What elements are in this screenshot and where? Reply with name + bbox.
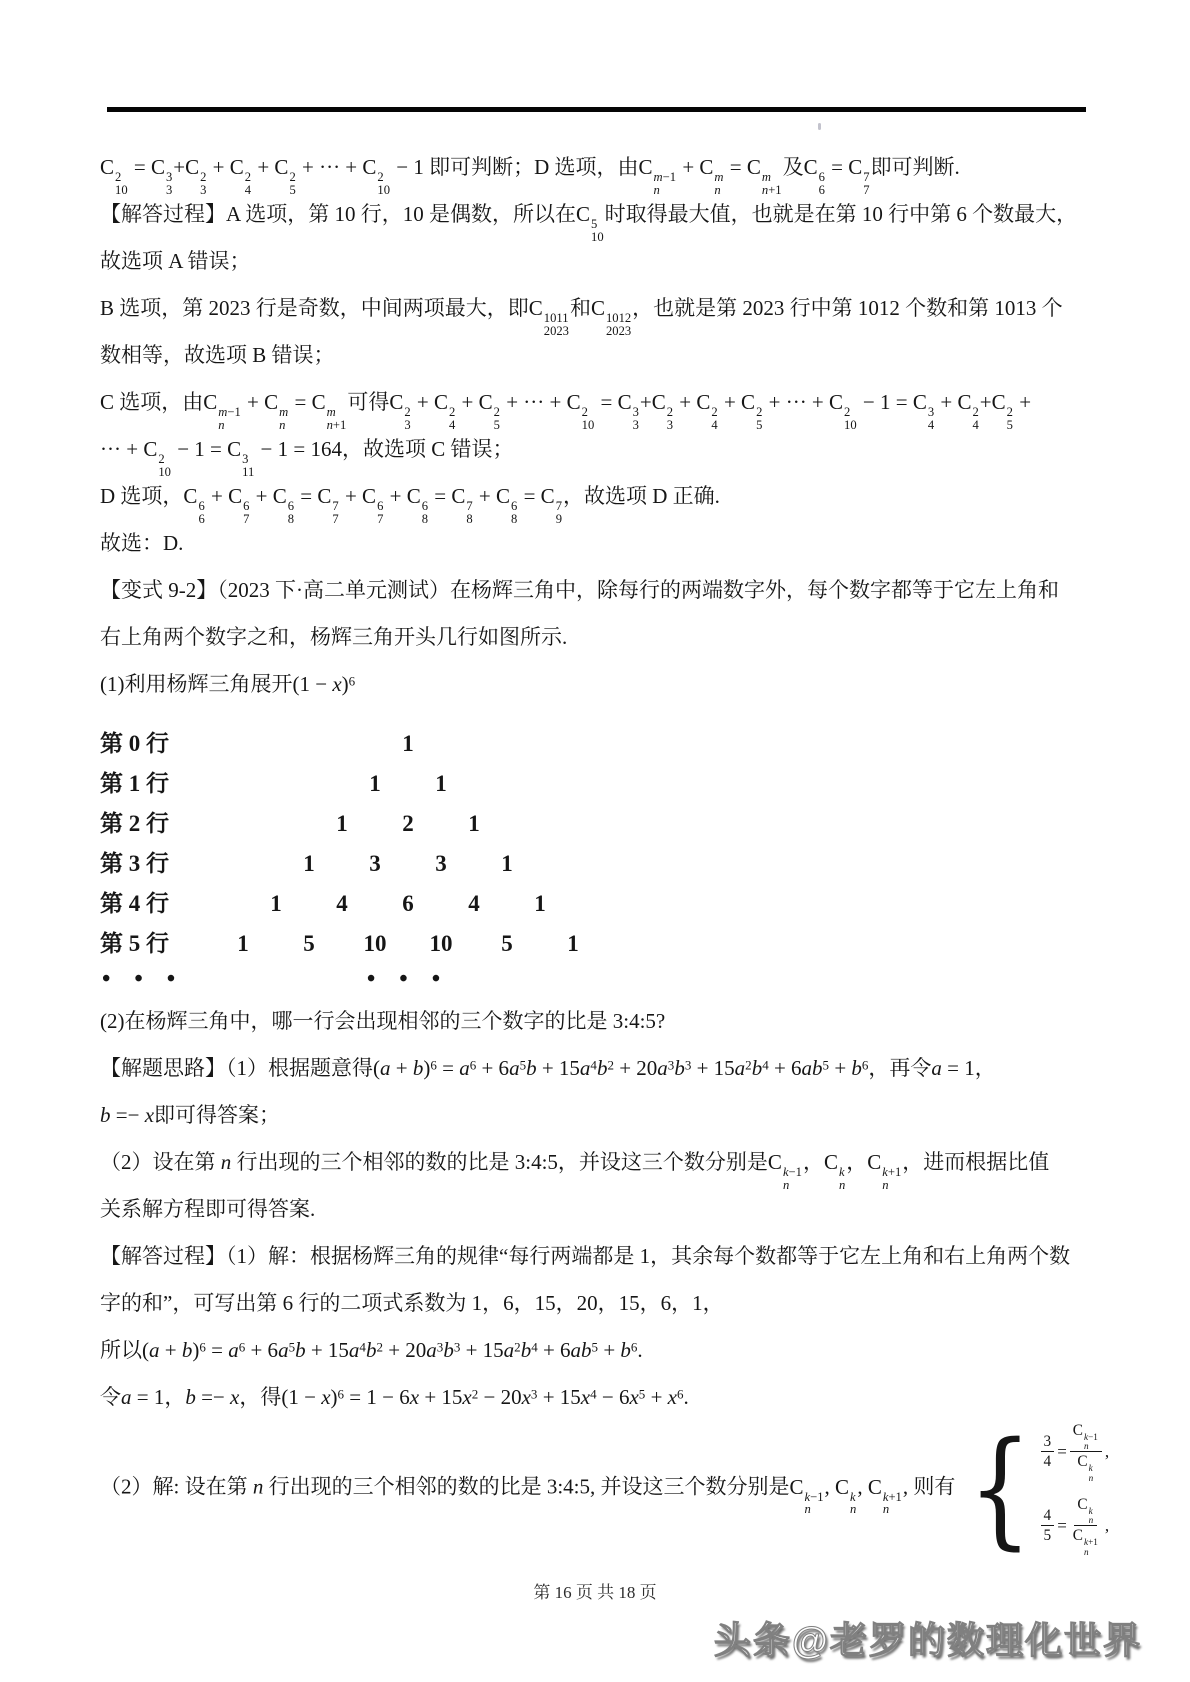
row-numbers: 15101051 — [210, 924, 606, 964]
document-line: (1)利用杨辉三角展开(1 − x)6 — [100, 661, 1092, 708]
math-variable: b — [521, 1338, 532, 1362]
superscript: 4 — [762, 1058, 769, 1073]
superscript: 5 — [823, 1058, 830, 1073]
superscript: 3 — [454, 1340, 461, 1355]
combination-symbol: C210 — [100, 155, 129, 179]
document-line: ··· + C210 − 1 = C311 − 1 = 164，故选项 C 错误… — [100, 426, 1092, 473]
document-line: 数相等，故选项 B 错误； — [100, 332, 1092, 379]
combination-symbol: Ck−1n — [768, 1150, 803, 1174]
document-line: （2）解: 设在第 n 行出现的三个相邻的数的比是 3:4:5, 并设这三个数分… — [100, 1421, 1092, 1545]
math-variable: b — [597, 1056, 608, 1080]
math-variable: n — [221, 1150, 232, 1174]
math-variable: a — [149, 1338, 160, 1362]
combination-symbol: C68 — [496, 484, 518, 508]
document-line: 令a = 1，b =− x，得(1 − x)6 = 1 − 6x + 15x2 … — [100, 1374, 1092, 1421]
math-variable: x — [145, 1103, 154, 1127]
combination-symbol: Ckn — [1077, 1496, 1094, 1513]
math-variable: a — [426, 1338, 437, 1362]
fraction: CknCk+1n — [1070, 1495, 1102, 1557]
combination-symbol: C23 — [389, 390, 411, 414]
superscript: 3 — [685, 1058, 692, 1073]
math-variable: b — [366, 1338, 377, 1362]
combination-symbol: C210 — [362, 155, 391, 179]
triangle-number: 1 — [507, 884, 573, 924]
solution-text-block-top: C210 = C33+C23 + C24 + C25 + ··· + C210 … — [100, 144, 1092, 708]
combination-symbol: Ck−1n — [1073, 1422, 1099, 1439]
page-footer: 第 16 页 共 18 页 — [0, 1578, 1190, 1603]
document-line: D 选项，C66 + C67 + C68 = C77 + C67 + C68 =… — [100, 473, 1092, 520]
combination-symbol: C68 — [407, 484, 429, 508]
math-variable: x — [410, 1385, 419, 1409]
row-label: 第 4 行 — [100, 884, 169, 924]
combination-symbol: Ckn — [824, 1150, 846, 1174]
watermark: 头条@老罗的数理化世界 — [714, 1610, 1142, 1664]
math-variable: b — [100, 1103, 111, 1127]
triangle-number: 6 — [375, 884, 441, 924]
math-variable: a — [580, 1056, 591, 1080]
combination-symbol: C24 — [434, 390, 456, 414]
combination-symbol: Ck+1n — [868, 1475, 903, 1499]
combination-symbol: Cmn — [264, 390, 289, 414]
combination-symbol: C25 — [274, 155, 296, 179]
superscript: 2 — [472, 1387, 479, 1402]
row-label: 第 5 行 — [100, 924, 169, 964]
document-line: 所以(a + b)6 = a6 + 6a5b + 15a4b2 + 20a3b3… — [100, 1327, 1092, 1374]
triangle-number: 1 — [375, 724, 441, 764]
triangle-number: 4 — [309, 884, 375, 924]
triangle-number: 5 — [474, 924, 540, 964]
math-variable: b — [413, 1056, 424, 1080]
math-variable: x — [522, 1385, 531, 1409]
combination-symbol: C34 — [913, 390, 935, 414]
combination-symbol: C25 — [479, 390, 501, 414]
combination-symbol: C67 — [228, 484, 250, 508]
combination-symbol: C78 — [451, 484, 473, 508]
superscript: 6 — [239, 1340, 246, 1355]
combination-symbol: Cmn — [699, 155, 724, 179]
system-equation: 45 = CknCk+1n, — [1041, 1495, 1110, 1557]
document-line: C210 = C33+C23 + C24 + C25 + ··· + C210 … — [100, 144, 1092, 191]
superscript: 6 — [631, 1340, 638, 1355]
superscript: 4 — [531, 1340, 538, 1355]
document-line: (2)在杨辉三角中，哪一行会出现相邻的三个数字的比是 3:4:5? — [100, 998, 1092, 1045]
document-line: 【解答过程】A 选项，第 10 行，10 是偶数，所以在C510时取得最大值，也… — [100, 191, 1092, 238]
triangle-number: 1 — [441, 804, 507, 844]
math-variable: b — [443, 1338, 454, 1362]
superscript: 4 — [590, 1387, 597, 1402]
triangle-row: 第 5 行15101051 — [100, 924, 1092, 964]
document-line: 【解题思路】（1）根据题意得(a + b)6 = a6 + 6a5b + 15a… — [100, 1045, 1092, 1092]
document-line: 右上角两个数字之和，杨辉三角开头几行如图所示. — [100, 614, 1092, 661]
combination-symbol: C311 — [227, 437, 255, 461]
math-variable: x — [321, 1385, 330, 1409]
combination-symbol: C510 — [576, 202, 605, 226]
ellipsis-dots: • • • — [367, 964, 449, 994]
superscript: 3 — [531, 1387, 538, 1402]
triangle-ellipsis-row: • • •• • • — [100, 964, 1092, 998]
superscript: 6 — [349, 674, 356, 689]
document-line: B 选项，第 2023 行是奇数，中间两项最大，即C10112023和C1012… — [100, 285, 1092, 332]
document-line: 字的和”，可写出第 6 行的二项式系数为 1，6，15，20，15，6，1， — [100, 1280, 1092, 1327]
combination-symbol: C24 — [957, 390, 979, 414]
triangle-row: 第 4 行14641 — [100, 884, 1092, 924]
superscript: 6 — [199, 1340, 206, 1355]
math-variable: ab — [802, 1056, 823, 1080]
document-line: b =− x即可得答案； — [100, 1092, 1092, 1139]
superscript: 6 — [862, 1058, 869, 1073]
combination-symbol: Ck+1n — [1073, 1527, 1099, 1544]
triangle-number: 1 — [309, 804, 375, 844]
math-variable: x — [230, 1385, 239, 1409]
math-variable: a — [349, 1338, 360, 1362]
triangle-number: 1 — [342, 764, 408, 804]
triangle-number: 1 — [540, 924, 606, 964]
math-variable: a — [931, 1056, 942, 1080]
combination-symbol: C10112023 — [529, 296, 570, 320]
combination-symbol: Cmn+1 — [312, 390, 348, 414]
fraction: 45 — [1041, 1506, 1055, 1545]
system-equation: 34 = Ck−1nCkn, — [1041, 1421, 1110, 1483]
math-variable: x — [332, 672, 341, 696]
math-variable: a — [735, 1056, 746, 1080]
triangle-number: 10 — [342, 924, 408, 964]
superscript: 5 — [639, 1387, 646, 1402]
document-line: 故选：D. — [100, 520, 1092, 567]
triangle-number: 1 — [474, 844, 540, 884]
document-line: 故选项 A 错误； — [100, 238, 1092, 285]
superscript: 6 — [430, 1058, 437, 1073]
triangle-number: 1 — [243, 884, 309, 924]
math-variable: b — [851, 1056, 862, 1080]
top-rule — [107, 107, 1086, 112]
math-variable: a — [228, 1338, 239, 1362]
combination-symbol: Cmn+1 — [747, 155, 783, 179]
triangle-row: 第 1 行11 — [100, 764, 1092, 804]
superscript: 6 — [338, 1387, 345, 1402]
triangle-number: 3 — [342, 844, 408, 884]
triangle-number: 1 — [276, 844, 342, 884]
row-label: 第 1 行 — [100, 764, 169, 804]
math-variable: b — [295, 1338, 306, 1362]
math-variable: a — [459, 1056, 470, 1080]
combination-symbol: C25 — [741, 390, 763, 414]
page-number: 第 16 页 共 18 页 — [533, 1583, 656, 1602]
stray-mark — [818, 123, 821, 130]
pascal-triangle-figure: 第 0 行1第 1 行11第 2 行121第 3 行1331第 4 行14641… — [100, 724, 1092, 998]
math-variable: a — [380, 1056, 391, 1080]
document-line: C 选项，由Cm−1n + Cmn = Cmn+1可得C23 + C24 + C… — [100, 379, 1092, 426]
row-numbers: 11 — [342, 764, 474, 804]
superscript: 5 — [592, 1340, 599, 1355]
combination-symbol: Cm−1n — [203, 390, 242, 414]
combination-symbol: C10122023 — [591, 296, 632, 320]
combination-symbol: Ckn — [835, 1475, 857, 1499]
math-variable: b — [752, 1056, 763, 1080]
ellipsis-dots: • • • — [102, 964, 184, 994]
triangle-number: 1 — [210, 924, 276, 964]
combination-symbol: C33 — [618, 390, 640, 414]
math-variable: a — [504, 1338, 515, 1362]
equation-system: {34 = Ck−1nCkn,45 = CknCk+1n, — [960, 1421, 1109, 1557]
document-line: （2）设在第 n 行出现的三个相邻的数的比是 3:4:5，并设这三个数分别是Ck… — [100, 1139, 1092, 1186]
superscript: 6 — [677, 1387, 684, 1402]
triangle-row: 第 0 行1 — [100, 724, 1092, 764]
combination-symbol: Cm−1n — [639, 155, 678, 179]
math-variable: a — [121, 1385, 132, 1409]
math-variable: x — [581, 1385, 590, 1409]
combination-symbol: C77 — [317, 484, 339, 508]
combination-symbol: C23 — [652, 390, 674, 414]
combination-symbol: C210 — [829, 390, 858, 414]
combination-symbol: C79 — [541, 484, 563, 508]
math-variable: a — [657, 1056, 668, 1080]
triangle-number: 5 — [276, 924, 342, 964]
fraction: 34 — [1041, 1432, 1055, 1471]
combination-symbol: C66 — [183, 484, 205, 508]
row-numbers: 121 — [309, 804, 507, 844]
combination-symbol: C67 — [362, 484, 384, 508]
combination-symbol: C33 — [151, 155, 173, 179]
row-numbers: 1 — [375, 724, 441, 764]
math-variable: b — [185, 1385, 196, 1409]
triangle-number: 4 — [441, 884, 507, 924]
combination-symbol: C66 — [804, 155, 826, 179]
math-variable: b — [674, 1056, 685, 1080]
superscript: 6 — [470, 1058, 477, 1073]
math-variable: ab — [571, 1338, 592, 1362]
left-brace: { — [968, 1437, 1032, 1540]
row-numbers: 14641 — [243, 884, 573, 924]
document-line: 【解答过程】（1）解：根据杨辉三角的规律“每行两端都是 1，其余每个数都等于它左… — [100, 1233, 1092, 1280]
superscript: 2 — [376, 1340, 383, 1355]
math-variable: a — [509, 1056, 520, 1080]
combination-symbol: C210 — [567, 390, 596, 414]
document-line: 【变式 9-2】（2023 下·高二单元测试）在杨辉三角中，除每行的两端数字外，… — [100, 567, 1092, 614]
triangle-number: 2 — [375, 804, 441, 844]
math-variable: a — [278, 1338, 289, 1362]
triangle-number: 1 — [408, 764, 474, 804]
combination-symbol: C23 — [185, 155, 207, 179]
combination-symbol: C68 — [273, 484, 295, 508]
triangle-number: 3 — [408, 844, 474, 884]
row-label: 第 0 行 — [100, 724, 169, 764]
combination-symbol: C24 — [230, 155, 252, 179]
math-variable: n — [253, 1475, 264, 1499]
combination-symbol: C24 — [696, 390, 718, 414]
combination-symbol: C77 — [848, 155, 870, 179]
row-numbers: 1331 — [276, 844, 540, 884]
row-label: 第 3 行 — [100, 844, 169, 884]
document-line: 关系解方程即可得答案. — [100, 1186, 1092, 1233]
math-variable: x — [462, 1385, 471, 1409]
math-variable: b — [526, 1056, 537, 1080]
combination-symbol: C25 — [992, 390, 1014, 414]
combination-symbol: C210 — [143, 437, 172, 461]
combination-symbol: Ckn — [1077, 1453, 1094, 1470]
superscript: 2 — [607, 1058, 614, 1073]
math-variable: x — [668, 1385, 677, 1409]
document-content: C210 = C33+C23 + C24 + C25 + ··· + C210 … — [100, 144, 1092, 1545]
solution-text-block-bottom: (2)在杨辉三角中，哪一行会出现相邻的三个数字的比是 3:4:5?【解题思路】（… — [100, 998, 1092, 1545]
combination-symbol: Ck−1n — [790, 1475, 825, 1499]
triangle-row: 第 3 行1331 — [100, 844, 1092, 884]
math-variable: b — [620, 1338, 631, 1362]
math-variable: b — [182, 1338, 193, 1362]
triangle-row: 第 2 行121 — [100, 804, 1092, 844]
triangle-number: 10 — [408, 924, 474, 964]
math-variable: x — [629, 1385, 638, 1409]
row-label: 第 2 行 — [100, 804, 169, 844]
combination-symbol: Ck+1n — [867, 1150, 902, 1174]
fraction: Ck−1nCkn — [1070, 1421, 1102, 1483]
